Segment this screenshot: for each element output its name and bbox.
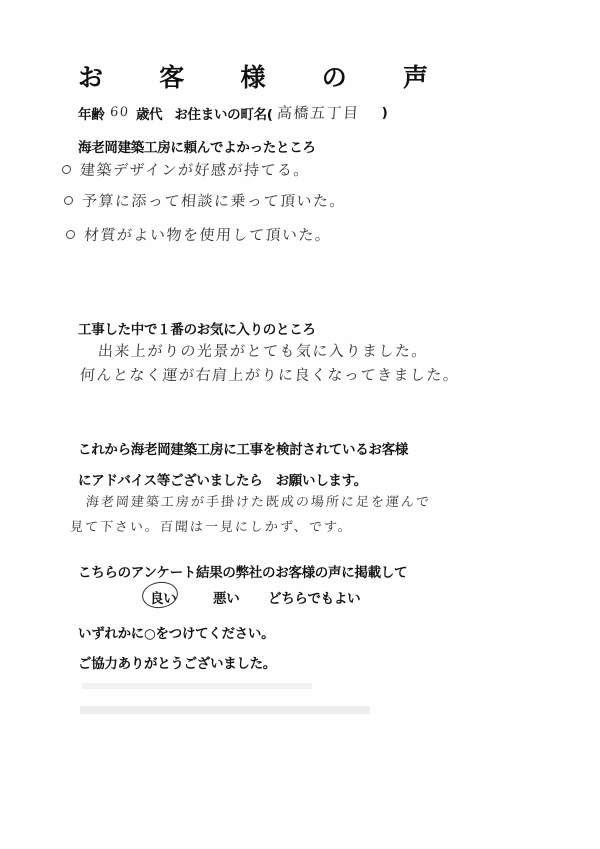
answer-text: 建築デザインが好感が持てる。 (79, 159, 310, 180)
answer-text: 予算に添って相談に乗って頂いた。 (81, 190, 346, 211)
consent-question: こちらのアンケート結果の弊社のお客様の声に掲載して (78, 561, 407, 581)
town-value: 高橋五丁目 (276, 102, 382, 123)
age-value: 60 (110, 105, 131, 120)
town-close: ) (382, 105, 388, 121)
respondent-info: 年齢 60 歳代 お住まいの町名( 高橋五丁目 ) (78, 102, 388, 123)
town-label: お住まいの町名( (174, 103, 272, 123)
consent-option-bad[interactable]: 悪い (213, 587, 239, 607)
section2-answer: 何んとなく運が右肩上がりに良くなってきました。 (79, 364, 460, 385)
section3-answer: 見て下さい。百聞は一見にしかず、です。 (69, 516, 353, 535)
consent-instruction: いずれかに○をつけてください。 (78, 622, 274, 642)
title-char: お (78, 58, 103, 94)
section2-heading: 工事した中で１番のお気に入りのところ (78, 318, 316, 338)
bleed-through-mark (82, 683, 312, 689)
title-char: 様 (240, 58, 265, 94)
thanks-message: ご協力ありがとうございました。 (78, 652, 276, 672)
bullet-icon (62, 165, 72, 174)
bullet-icon (66, 230, 76, 239)
section3-answer: 海老岡建築工房が手掛けた既成の場所に足を運んで (85, 491, 431, 510)
section2-answer: 出来上がりの光景がとても気に入りました。 (97, 340, 428, 361)
bleed-through-mark (80, 706, 370, 714)
section1-heading: 海老岡建築工房に頼んでよかったところ (78, 136, 316, 156)
age-suffix: 歳代 (136, 103, 162, 123)
title-char: の (322, 58, 347, 94)
section1-answer: 材質がよい物を使用して頂いた。 (65, 224, 332, 245)
bullet-icon (64, 196, 74, 205)
section3-heading-line2: にアドバイス等ございましたら お願いします。 (78, 469, 367, 489)
section1-answer: 予算に添って相談に乗って頂いた。 (63, 190, 346, 211)
section3-heading-line1: これから海老岡建築工房に工事を検討されているお客様 (78, 438, 408, 458)
age-label: 年齢 (78, 103, 104, 123)
title-char: 声 (403, 58, 428, 94)
page-title: お 客 様 の 声 (78, 58, 428, 94)
answer-text: 材質がよい物を使用して頂いた。 (83, 224, 332, 245)
title-char: 客 (159, 58, 184, 94)
consent-option-either[interactable]: どちらでもよい (268, 587, 360, 607)
survey-sheet: お 客 様 の 声 年齢 60 歳代 お住まいの町名( 高橋五丁目 ) 海老岡建… (0, 0, 600, 849)
section1-answer: 建築デザインが好感が持てる。 (61, 159, 310, 180)
